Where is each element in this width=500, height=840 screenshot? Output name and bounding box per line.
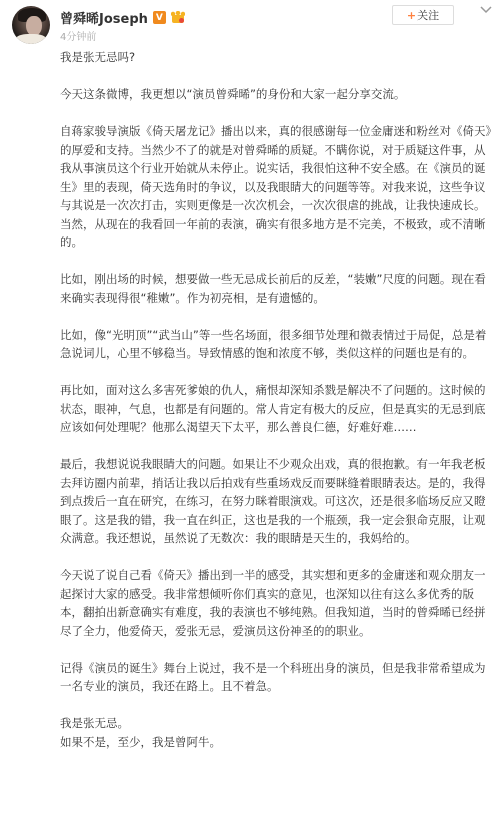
post-content: 我是张无忌吗? 今天这条微博，我更想以“演员曾舜晞”的身份和大家一起分享交流。 … (60, 48, 492, 751)
paragraph: 最后，我想说说我眼睛大的问题。如果让不少观众出戏，真的很抱歉。有一年我老板去拜访… (60, 455, 492, 548)
paragraph: 今天这条微博，我更想以“演员曾舜晞”的身份和大家一起分享交流。 (60, 85, 492, 104)
closing-line: 我是张无忌。 (60, 714, 492, 733)
follow-label: 关注 (417, 7, 439, 23)
avatar-collar (16, 34, 46, 44)
paragraph: 比如，刚出场的时候，想要做一些无忌成长前后的反差，“装嫩”尺度的问题。现在看来确… (60, 270, 492, 307)
username-row: 曾舜晞Joseph V (60, 8, 185, 27)
username[interactable]: 曾舜晞Joseph (60, 8, 148, 27)
closing-line: 如果不是，至少，我是曾阿牛。 (60, 733, 492, 752)
paragraph: 再比如，面对这么多害死爹娘的仇人，痛恨却深知杀戮是解决不了问题的。这时候的状态，… (60, 381, 492, 437)
paragraph: 自蒋家骏导演版《倚天屠龙记》播出以来，真的很感谢每一位金庸迷和粉丝对《倚天》的厚… (60, 122, 492, 252)
vip-crown-icon[interactable] (171, 11, 185, 24)
follow-button[interactable]: + 关注 (392, 5, 454, 25)
verified-v-icon[interactable]: V (153, 11, 166, 24)
chevron-down-icon[interactable] (480, 5, 492, 15)
post-time[interactable]: 4分钟前 (60, 28, 96, 43)
paragraph: 比如，像“光明顶”“武当山”等一些名场面，很多细节处理和微表情过于局促，总是着急… (60, 326, 492, 363)
avatar[interactable] (12, 6, 50, 44)
paragraph: 我是张无忌吗? (60, 48, 492, 67)
avatar-face (26, 16, 42, 36)
paragraph: 今天说了说自己看《倚天》播出到一半的感受，其实想和更多的金庸迷和观众朋友一起探讨… (60, 566, 492, 640)
paragraph: 记得《演员的诞生》舞台上说过，我不是一个科班出身的演员，但是我非常希望成为一名专… (60, 659, 492, 696)
plus-icon: + (407, 9, 416, 22)
